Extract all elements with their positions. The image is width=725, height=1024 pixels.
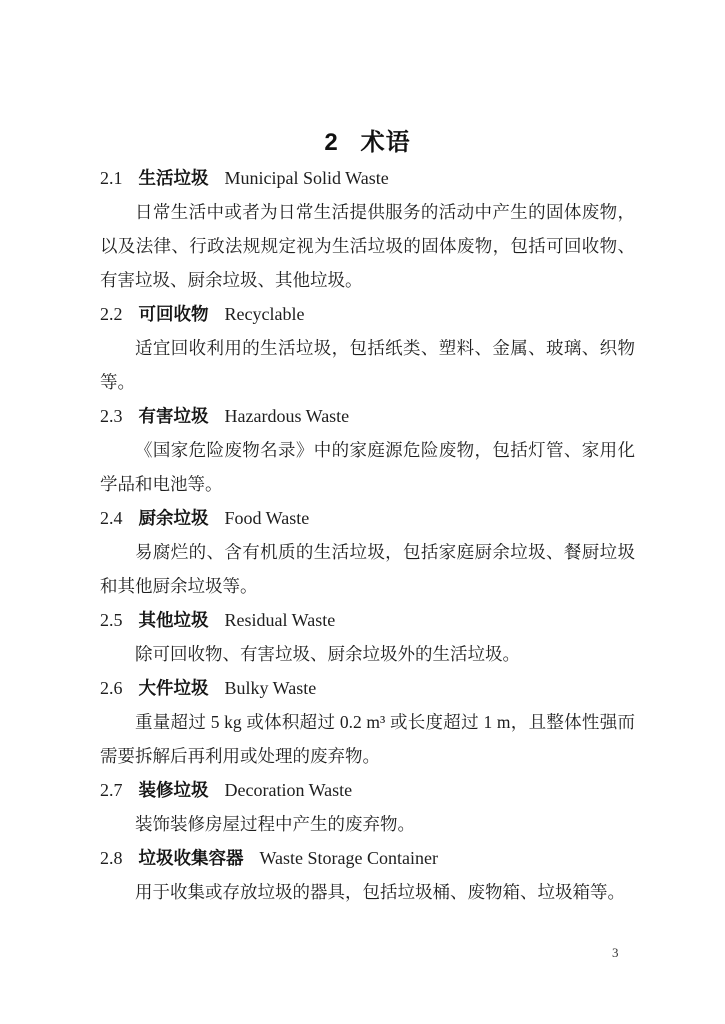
term-heading: 2.8垃圾收集容器Waste Storage Container	[100, 841, 635, 875]
term-heading: 2.2可回收物Recyclable	[100, 297, 635, 331]
term-heading: 2.4厨余垃圾Food Waste	[100, 501, 635, 535]
term-name-zh: 生活垃圾	[139, 168, 209, 188]
term-number: 2.8	[100, 848, 123, 868]
term-name-zh: 其他垃圾	[139, 610, 209, 630]
term-definition: 装饰装修房屋过程中产生的废弃物。	[100, 807, 635, 841]
term-name-en: Waste Storage Container	[260, 848, 439, 868]
term-definition: 日常生活中或者为日常生活提供服务的活动中产生的固体废物，以及法律、行政法规规定视…	[100, 195, 635, 297]
page-title-text: 术语	[361, 129, 411, 156]
page-title-number: 2	[324, 129, 338, 156]
term-number: 2.3	[100, 406, 123, 426]
term-name-en: Decoration Waste	[225, 780, 353, 800]
term-section: 2.5其他垃圾Residual Waste 除可回收物、有害垃圾、厨余垃圾外的生…	[100, 603, 635, 671]
term-section: 2.4厨余垃圾Food Waste 易腐烂的、含有机质的生活垃圾，包括家庭厨余垃…	[100, 501, 635, 603]
term-name-zh: 可回收物	[139, 304, 209, 324]
terms-list: 2.1生活垃圾Municipal Solid Waste 日常生活中或者为日常生…	[100, 161, 635, 909]
term-number: 2.6	[100, 678, 123, 698]
term-name-zh: 垃圾收集容器	[139, 848, 244, 868]
term-number: 2.4	[100, 508, 123, 528]
term-name-en: Bulky Waste	[225, 678, 317, 698]
term-name-zh: 厨余垃圾	[139, 508, 209, 528]
term-section: 2.7装修垃圾Decoration Waste 装饰装修房屋过程中产生的废弃物。	[100, 773, 635, 841]
term-number: 2.1	[100, 168, 123, 188]
term-definition: 适宜回收利用的生活垃圾，包括纸类、塑料、金属、玻璃、织物等。	[100, 331, 635, 399]
term-number: 2.7	[100, 780, 123, 800]
term-heading: 2.3有害垃圾Hazardous Waste	[100, 399, 635, 433]
term-definition: 重量超过 5 kg 或体积超过 0.2 m³ 或长度超过 1 m，且整体性强而需…	[100, 705, 635, 773]
term-section: 2.2可回收物Recyclable 适宜回收利用的生活垃圾，包括纸类、塑料、金属…	[100, 297, 635, 399]
term-definition: 除可回收物、有害垃圾、厨余垃圾外的生活垃圾。	[100, 637, 635, 671]
term-section: 2.6大件垃圾Bulky Waste 重量超过 5 kg 或体积超过 0.2 m…	[100, 671, 635, 773]
term-name-en: Municipal Solid Waste	[225, 168, 389, 188]
term-name-en: Food Waste	[225, 508, 310, 528]
term-section: 2.8垃圾收集容器Waste Storage Container 用于收集或存放…	[100, 841, 635, 909]
term-name-en: Recyclable	[225, 304, 305, 324]
term-name-zh: 有害垃圾	[139, 406, 209, 426]
term-heading: 2.7装修垃圾Decoration Waste	[100, 773, 635, 807]
term-number: 2.5	[100, 610, 123, 630]
page-content: 2术语 2.1生活垃圾Municipal Solid Waste 日常生活中或者…	[100, 125, 635, 909]
term-definition: 《国家危险废物名录》中的家庭源危险废物，包括灯管、家用化学品和电池等。	[100, 433, 635, 501]
term-name-zh: 装修垃圾	[139, 780, 209, 800]
term-number: 2.2	[100, 304, 123, 324]
term-definition: 易腐烂的、含有机质的生活垃圾，包括家庭厨余垃圾、餐厨垃圾和其他厨余垃圾等。	[100, 535, 635, 603]
term-section: 2.1生活垃圾Municipal Solid Waste 日常生活中或者为日常生…	[100, 161, 635, 297]
term-definition: 用于收集或存放垃圾的器具，包括垃圾桶、废物箱、垃圾箱等。	[100, 875, 635, 909]
term-heading: 2.6大件垃圾Bulky Waste	[100, 671, 635, 705]
term-name-en: Residual Waste	[225, 610, 336, 630]
page-title: 2术语	[100, 125, 635, 161]
term-name-en: Hazardous Waste	[225, 406, 350, 426]
term-heading: 2.5其他垃圾Residual Waste	[100, 603, 635, 637]
term-heading: 2.1生活垃圾Municipal Solid Waste	[100, 161, 635, 195]
page-number: 3	[612, 944, 619, 962]
term-section: 2.3有害垃圾Hazardous Waste 《国家危险废物名录》中的家庭源危险…	[100, 399, 635, 501]
term-name-zh: 大件垃圾	[139, 678, 209, 698]
